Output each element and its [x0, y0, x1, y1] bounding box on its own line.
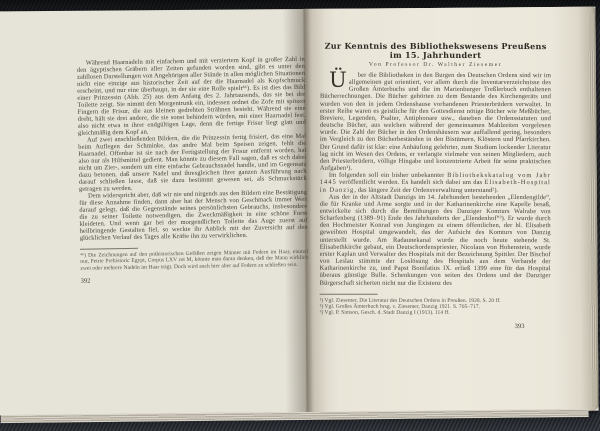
footnote-separator — [320, 293, 378, 294]
right-page-text: Zur Kenntnis des Bibliothekswesens Preuß… — [320, 42, 552, 330]
paragraph-text: ber die Bibliotheken in den Burgen des D… — [320, 72, 551, 172]
paragraph: Im folgenden soll ein bisher unbekannter… — [320, 172, 551, 194]
footnote-separator — [80, 248, 138, 250]
paragraph: Aus der in der Altstadt Danzigs im 14. J… — [320, 193, 551, 286]
paragraph: Während Haarnadeln mit einfachem und mit… — [77, 56, 306, 137]
footnote: ³) Vgl. P. Simson, Gesch. d. Stadt Danzi… — [320, 310, 551, 317]
paragraph-segment: Im folgenden soll ein bisher unbekannter — [329, 172, 447, 179]
open-book: Während Haarnadeln mit einfachem und mit… — [0, 7, 599, 416]
paragraph: Auf zwei anschließenden Bildern, die die… — [78, 133, 307, 193]
drop-cap: Ü — [320, 72, 349, 88]
footnote: ⁴⁶) Die Zeichnungen auf den prähistorisc… — [80, 249, 308, 272]
book-photograph: Während Haarnadeln mit einfachem und mit… — [0, 0, 600, 431]
page-number: 393 — [320, 322, 551, 329]
paragraph-segment: veröffentlicht werden. Es handelt sich d… — [337, 179, 485, 186]
paragraph: Dem widerspricht aber, daß wir nie und n… — [79, 189, 308, 242]
article-title: Zur Kenntnis des Bibliothekswesens Preuß… — [320, 42, 551, 60]
paragraph-segment: , das längere Zeit der Ordensverwaltung … — [354, 186, 498, 193]
left-page-text: Während Haarnadeln mit einfachem und mit… — [77, 56, 309, 285]
paragraph-with-dropcap: Über die Bibliotheken in den Burgen des … — [320, 72, 551, 173]
article-byline: Von Professor Dr. Walther Ziesemer — [320, 62, 551, 69]
